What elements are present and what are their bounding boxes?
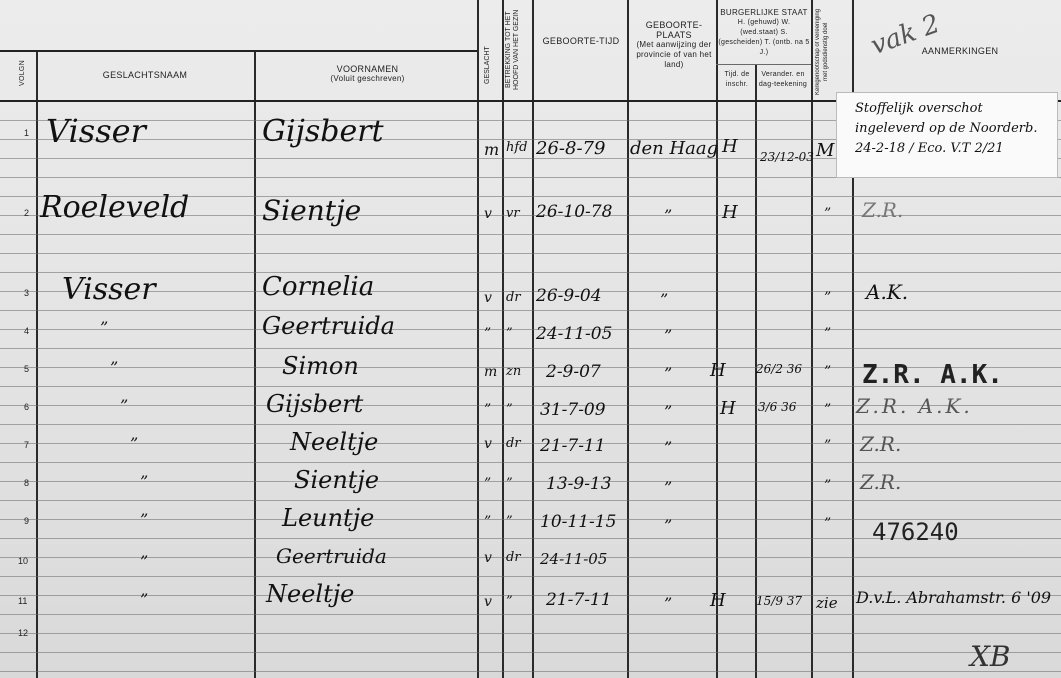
surname: ” [120,396,128,415]
sex: ” [484,514,491,530]
remark: Z.R. [860,432,901,456]
rule-h [0,424,1061,425]
religion: ” [824,478,831,494]
header-voornamen-label: VOORNAMEN [337,64,399,74]
header-tijd-inschr: Tijd. de inschr. [720,70,754,90]
religion: zie [816,594,838,612]
sex: m [484,140,499,159]
header-volgn: VOLGN [18,60,34,86]
given-name: Neeltje [290,428,378,456]
birth-date: 31-7-09 [540,400,606,420]
row-number: 4 [24,326,29,336]
birth-date: 26-8-79 [536,138,605,159]
birth-place: ” [664,364,672,383]
change-date: 26/2 36 [756,362,802,376]
religion: M [816,140,834,161]
row-number: 2 [24,208,29,218]
row-number: 1 [24,128,29,138]
sex: v [484,436,492,452]
birth-date: 2-9-07 [546,362,601,382]
surname: ” [140,472,148,491]
rule-v [36,52,38,678]
rule-h [0,50,477,52]
rule-h [0,272,1061,273]
surname: ” [140,510,148,529]
given-name: Leuntje [282,504,374,532]
rule-h [0,253,1061,254]
birth-place: ” [660,290,668,309]
relation: ” [506,514,513,529]
civil-state: H [710,590,726,611]
header-geboorteplaats: GEBOORTE-PLAATS (Met aanwijzing der prov… [630,20,718,70]
row-number: 5 [24,364,29,374]
rule-h [0,348,1061,349]
row-number: 11 [18,596,27,606]
surname: Visser [62,272,156,307]
rule-h [0,633,1061,634]
rule-h [0,443,1061,444]
birth-date: 26-9-04 [536,286,602,306]
civil-state: H [710,360,726,381]
birth-place: ” [664,438,672,457]
relation: ” [506,476,513,491]
row-number: 12 [18,628,28,638]
given-name: Neeltje [266,580,354,608]
rule-h [0,329,1061,330]
sex: ” [484,326,491,342]
birth-date: 21-7-11 [540,436,606,456]
sex: v [484,594,492,610]
header-betrekking: BETREKKING TOT HET HOOFD VAN HET GEZIN [505,4,529,96]
header-burgerlijke-staat-sub: H. (gehuwd) W. (wed.staat) S. (gescheide… [718,18,810,58]
row-number: 8 [24,478,29,488]
surname: Roeleveld [40,190,189,225]
rule-h [0,234,1061,235]
given-name: Simon [282,352,359,380]
religion: ” [824,516,831,532]
birth-place: ” [664,516,672,535]
religion: ” [824,206,831,222]
change-date: 15/9 37 [756,594,802,608]
remark: Z.R. [862,198,903,222]
surname: ” [110,358,118,377]
rule-v [254,52,256,678]
religion: ” [824,364,831,380]
header-geslacht: GESLACHT [484,30,494,100]
surname: ” [140,552,148,571]
rule-h [0,481,1061,482]
header-voornamen-sub: (Voluit geschreven) [260,74,475,84]
header-kerkgenootschap: Kerkgenootschap of vereeniging met godsd… [814,4,848,100]
header-geboortetijd: GEBOORTE-TIJD [536,36,626,46]
birth-date: 24-11-05 [540,550,607,568]
surname: Visser [46,112,146,150]
surname: ” [100,318,108,337]
birth-place: ” [664,402,672,421]
religion: ” [824,402,831,418]
given-name: Geertruida [276,544,387,568]
rule-h [0,576,1061,577]
rule-h [0,557,1061,558]
sex: ” [484,402,491,418]
rule-h [716,64,811,65]
register-card: VOLGN GESLACHTSNAAM VOORNAMEN (Voluit ge… [0,0,1061,678]
relation: vr [506,206,520,221]
relation: dr [506,290,521,305]
religion: ” [824,438,831,454]
row-number: 10 [18,556,28,566]
header-verandering: Verander. en dag-teekening [756,70,810,90]
sex: v [484,206,492,222]
header-geslachtsnaam: GESLACHTSNAAM [40,70,250,80]
remark-text: Stoffelijk overschot ingeleverd op de No… [855,99,1051,159]
given-name: Gijsbert [266,390,363,418]
surname: ” [130,434,138,453]
rule-h [0,671,1061,672]
rule-h [0,462,1061,463]
rule-h [0,310,1061,311]
header-geboorteplaats-sub: (Met aanwijzing der provincie of van het… [630,40,718,70]
relation: dr [506,436,521,451]
given-name: Cornelia [262,272,374,302]
birth-place: den Haag [630,138,718,159]
relation: ” [506,402,513,417]
remark-stamp: Z.R. A.K. [862,360,1003,390]
surname: ” [140,590,148,609]
civil-state: H [722,202,738,223]
relation: ” [506,326,513,341]
birth-date: 24-11-05 [536,324,612,344]
remark: A.K. [866,280,908,304]
remark: D.v.L. Abrahamstr. 6 '09 [856,588,1051,607]
remark: Z.R. [860,470,901,494]
row-number: 3 [24,288,29,298]
change-date: 23/12-03 [760,150,814,164]
birth-date: 26-10-78 [536,202,612,222]
sex: ” [484,476,491,492]
relation: ” [506,594,513,609]
rule-h [0,500,1061,501]
birth-place: ” [664,478,672,497]
given-name: Sientje [294,466,379,494]
rule-h [0,614,1061,615]
remarks-pasted-note: Stoffelijk overschot ingeleverd op de No… [836,92,1058,178]
given-name: Geertruida [262,312,395,340]
row-number: 9 [24,516,29,526]
row-number: 7 [24,440,29,450]
change-date: 3/6 36 [758,400,796,414]
relation: hfd [506,140,528,155]
religion: ” [824,290,831,306]
given-name: Sientje [262,194,361,227]
birth-place: ” [664,594,672,613]
corner-mark: XB [970,640,1011,673]
birth-date: 13-9-13 [546,474,612,494]
given-name: Gijsbert [262,114,384,149]
header-geboorteplaats-label: GEBOORTE-PLAATS [646,20,703,40]
religion: ” [824,326,831,342]
rule-h [0,652,1061,653]
header-voornamen: VOORNAMEN (Voluit geschreven) [260,64,475,84]
birth-date: 21-7-11 [546,590,612,610]
sex: v [484,290,492,306]
civil-state: H [722,136,738,157]
relation: zn [506,364,521,379]
relation: dr [506,550,521,565]
birth-place: ” [664,206,672,225]
remark: Z.R. A.K. [856,394,973,418]
register-number-stamp: 476240 [872,518,959,546]
sex: v [484,550,492,566]
header-burgerlijke-staat: BURGERLIJKE STAAT H. (gehuwd) W. (wed.st… [718,8,810,58]
header-burgerlijke-staat-label: BURGERLIJKE STAAT [720,8,808,17]
birth-place: ” [664,326,672,345]
civil-state: H [720,398,736,419]
sex: m [484,364,497,380]
birth-date: 10-11-15 [540,512,616,532]
row-number: 6 [24,402,29,412]
